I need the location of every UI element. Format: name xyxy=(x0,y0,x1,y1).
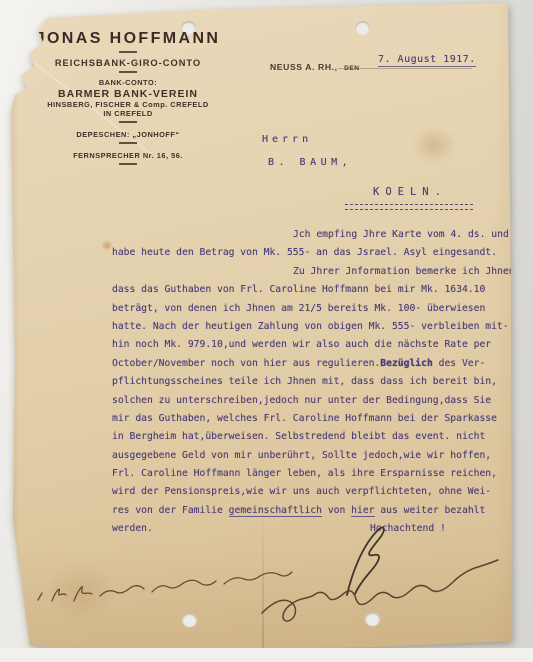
punch-hole xyxy=(182,613,197,627)
body-line: res von der Familie gemeinschaftlich von… xyxy=(112,502,512,520)
divider-rule xyxy=(119,142,137,144)
dateline-rule xyxy=(338,68,472,69)
letter-body: Jch empfing Jhre Karte vom 4. ds. und ha… xyxy=(112,226,512,539)
divider-rule xyxy=(119,51,137,53)
paper-sheet-wrap: JONAS HOFFMANN REICHSBANK-GIRO-CONTO BAN… xyxy=(6,2,518,652)
recipient-salutation: Herrn xyxy=(262,134,312,145)
body-line-segment: werden. xyxy=(112,523,153,534)
typed-date: 7. August 1917. xyxy=(378,54,476,67)
body-line-segment-bold: Bezüglich xyxy=(380,358,433,369)
body-line: solchen zu unterschreiben,jedoch nur unt… xyxy=(112,392,512,410)
body-line: pflichtungsscheines teile ich Jhnen mit,… xyxy=(112,373,512,391)
body-line: in Bergheim hat,überweisen. Selbstredend… xyxy=(112,428,512,446)
phone-line: FERNSPRECHER Nr. 16, 56. xyxy=(30,151,226,160)
body-line-segment: von xyxy=(322,505,351,516)
body-line-segment: aus weiter bezahlt xyxy=(375,505,486,516)
recipient-name: B. BAUM, xyxy=(268,157,352,168)
body-line: hatte. Nach der heutigen Zahlung von obi… xyxy=(112,318,512,336)
body-line: Frl. Caroline Hoffmann länger leben, als… xyxy=(112,465,512,483)
dateline-place: NEUSS A. RH., xyxy=(270,62,338,72)
paper-stain xyxy=(46,562,116,622)
closing-salute: Hochachtend ! xyxy=(370,520,446,538)
bank-location: IN CREFELD xyxy=(30,109,226,118)
dateline: NEUSS A. RH., DEN xyxy=(270,57,360,75)
body-line-segment: res von der Familie xyxy=(112,505,229,516)
body-line: beträgt, von denen ich Jhnen am 21/5 ber… xyxy=(112,300,512,318)
account-line: REICHSBANK-GIRO-CONTO xyxy=(30,58,226,68)
bank-agents: HINSBERG, FISCHER & Comp. CREFELD xyxy=(30,100,226,109)
bank-name: BARMER BANK-VEREIN xyxy=(30,88,226,100)
divider-rule xyxy=(119,71,137,73)
body-line: mir das Guthaben, welches Frl. Caroline … xyxy=(112,410,512,428)
body-line: wird der Pensionspreis,wie wir uns auch … xyxy=(112,483,512,501)
letterhead: JONAS HOFFMANN REICHSBANK-GIRO-CONTO BAN… xyxy=(30,30,226,165)
body-line: October/November noch von hier aus regul… xyxy=(112,355,512,373)
body-line-segment: des Ver- xyxy=(433,358,486,369)
body-line: Jch empfing Jhre Karte vom 4. ds. und xyxy=(112,226,512,244)
punch-hole xyxy=(365,612,380,626)
bank-conto-label: BANK-CONTO: xyxy=(30,78,226,87)
body-line-segment: October/November noch von hier aus regul… xyxy=(112,358,380,369)
body-line: ausgegebene Geld von mir unberührt, Soll… xyxy=(112,447,512,465)
body-line: Zu Jhrer Jnformation bemerke ich Jhnen, xyxy=(112,263,512,281)
body-line-segment-underlined: gemeinschaftlich xyxy=(229,505,322,518)
divider-rule xyxy=(119,163,137,165)
punch-hole xyxy=(355,21,370,35)
recipient-city-underline xyxy=(345,204,473,210)
paper-sheet: JONAS HOFFMANN REICHSBANK-GIRO-CONTO BAN… xyxy=(6,2,518,652)
body-line: habe heute den Betrag von Mk. 555- an da… xyxy=(112,244,512,262)
paper-stain xyxy=(412,126,456,164)
letter-photograph: JONAS HOFFMANN REICHSBANK-GIRO-CONTO BAN… xyxy=(0,0,533,662)
divider-rule xyxy=(119,121,137,123)
body-line: dass das Guthaben von Frl. Caroline Hoff… xyxy=(112,281,512,299)
body-line-segment-underlined: hier xyxy=(351,505,374,518)
company-name: JONAS HOFFMANN xyxy=(30,30,226,48)
telegram-line: DEPESCHEN: „JONHOFF“ xyxy=(30,130,226,139)
body-line: hin noch Mk. 979.10,und werden wir also … xyxy=(112,336,512,354)
body-line: werden.Hochachtend ! xyxy=(112,520,512,538)
recipient-city: KOELN. xyxy=(373,186,447,198)
